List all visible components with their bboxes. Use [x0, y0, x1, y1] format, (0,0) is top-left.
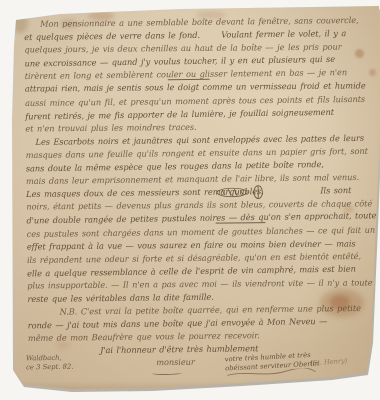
letter-body: Mon pensionnaire a une semblable boîte d…: [24, 14, 364, 372]
dateline-date: ce 3 Sept. 82.: [26, 362, 74, 371]
dateline: Waldbach, ce 3 Sept. 82.: [26, 354, 74, 372]
fox-stain: [369, 69, 376, 76]
signature-block: votre très humble et très obéissant serv…: [224, 351, 319, 379]
chrysalis-sketch-icon: [254, 186, 263, 199]
cocoon-sketch-icon: [216, 185, 270, 200]
paper-sheet: Mon pensionnaire a une semblable boîte d…: [10, 5, 380, 395]
letter-scan: Mon pensionnaire a une semblable boîte d…: [0, 0, 380, 400]
salutation-flourish: [152, 371, 182, 376]
